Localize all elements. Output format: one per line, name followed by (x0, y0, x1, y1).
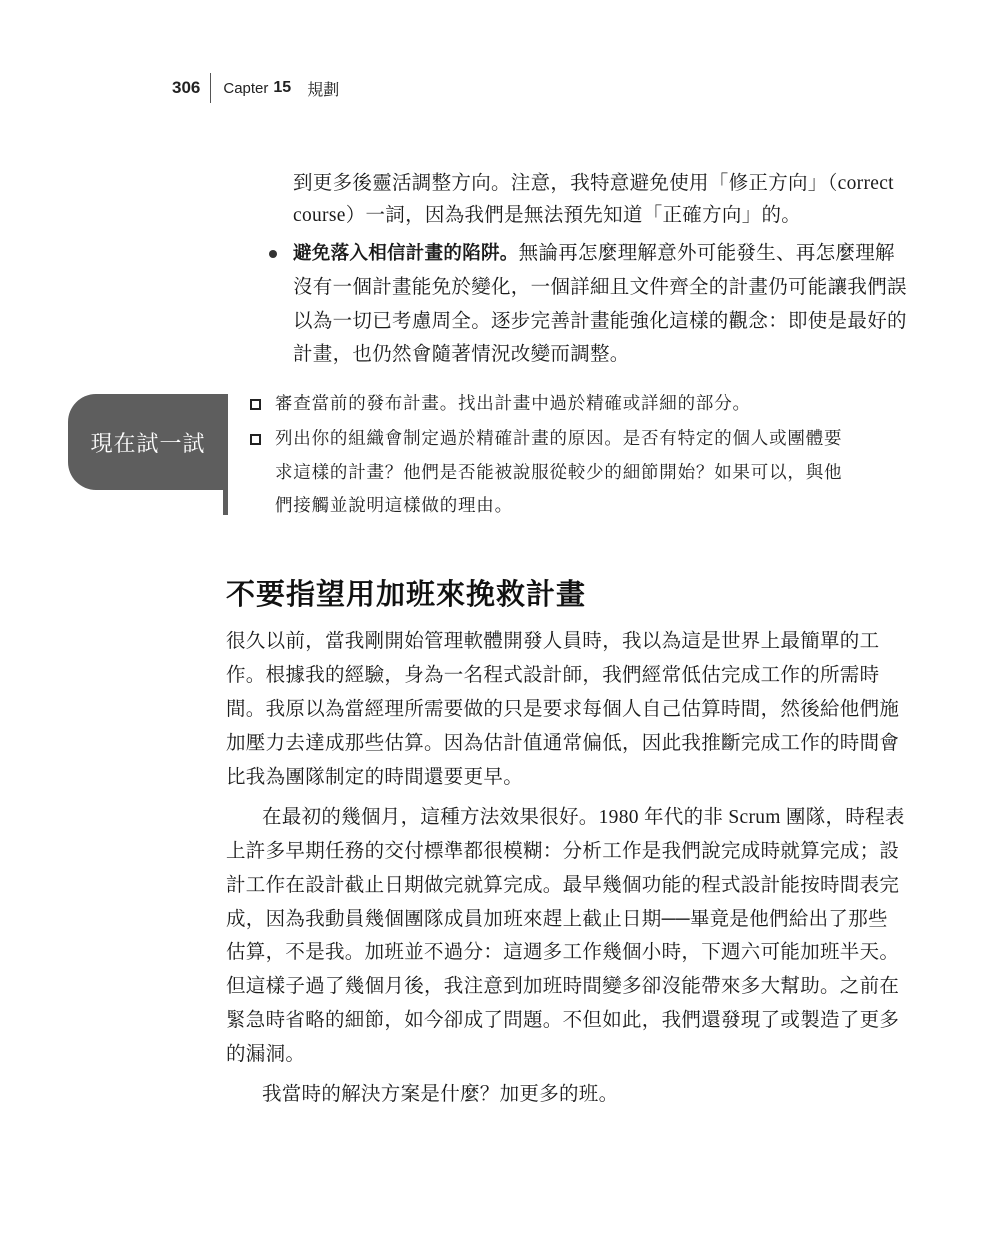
bullet-bold-lead: 避免落入相信計畫的陷阱。 (293, 243, 519, 264)
paragraph-line: 以為一切已考慮周全。逐步完善計畫能強化這樣的觀念：即使是最好的 (293, 312, 907, 332)
try-item-line: 們接觸並說明這樣做的理由。 (275, 496, 513, 516)
paragraph-line: 間。我原以為當經理所需要做的只是要求每個人自己估算時間，然後給他們施 (226, 700, 899, 720)
page-number: 306 (172, 78, 200, 98)
paragraph-line: 作。根據我的經驗，身為一名程式設計師，我們經常低估完成工作的所需時 (226, 666, 879, 686)
bullet-first-line: 避免落入相信計畫的陷阱。無論再怎麼理解意外可能發生、再怎麼理解 (293, 244, 895, 264)
bullet-first-line-rest: 無論再怎麼理解意外可能發生、再怎麼理解 (519, 243, 895, 264)
paragraph-line: 成，因為我動員幾個團隊成員加班來趕上截止日期──畢竟是他們給出了那些 (226, 910, 888, 930)
try-item-line: 審查當前的發布計畫。找出計畫中過於精確或詳細的部分。 (275, 394, 751, 414)
try-it-now-label: 現在試一試 (90, 427, 205, 458)
chapter-number: 15 (273, 79, 291, 97)
paragraph-line: 但這樣子過了幾個月後，我注意到加班時間變多卻沒能帶來多大幫助。之前在 (226, 977, 899, 997)
paragraph-line: 上許多早期任務的交付標準都很模糊：分析工作是我們說完成時就算完成；設 (226, 842, 899, 862)
paragraph-line: 很久以前，當我剛開始管理軟體開發人員時，我以為這是世界上最簡單的工 (226, 632, 879, 652)
section-heading: 不要指望用加班來挽救計畫 (226, 572, 586, 613)
paragraph-line: 計畫，也仍然會隨著情況改變而調整。 (293, 345, 630, 365)
paragraph-line: 緊急時省略的細節，如今卻成了問題。不但如此，我們還發現了或製造了更多 (226, 1011, 899, 1031)
try-it-now-callout: 現在試一試 (68, 394, 228, 490)
paragraph-line: 的漏洞。 (226, 1045, 305, 1065)
try-item-line: 列出你的組織會制定過於精確計畫的原因。是否有特定的個人或團體要 (275, 429, 842, 449)
checkbox-icon (250, 399, 261, 410)
try-item-line: 求這樣的計畫？他們是否能被說服從較少的細節開始？如果可以，與他 (275, 463, 842, 483)
callout-bar (223, 490, 228, 515)
paragraph-line: 在最初的幾個月，這種方法效果很好。1980 年代的非 Scrum 團隊，時程表 (262, 808, 905, 828)
paragraph-line: 計工作在設計截止日期做完就算完成。最早幾個功能的程式設計能按時間表完 (226, 876, 899, 896)
bullet-dot-icon (269, 250, 277, 258)
paragraph-line: 估算，不是我。加班並不過分：這週多工作幾個小時，下週六可能加班半天。 (226, 943, 899, 963)
chapter-label: Capter (223, 80, 268, 97)
paragraph-line: 加壓力去達成那些估算。因為估計值通常偏低，因此我推斷完成工作的時間會 (226, 734, 899, 754)
paragraph-line: 沒有一個計畫能免於變化，一個詳細且文件齊全的計畫仍可能讓我們誤 (293, 278, 907, 298)
checkbox-icon (250, 434, 261, 445)
paragraph-line: course）一詞，因為我們是無法預先知道「正確方向」的。 (293, 206, 801, 226)
running-header: 306 Capter 15 規劃 (172, 74, 339, 102)
paragraph-line: 比我為團隊制定的時間還要更早。 (226, 768, 523, 788)
header-divider (210, 73, 211, 103)
chapter-title: 規劃 (307, 77, 339, 100)
paragraph-line: 到更多後靈活調整方向。注意，我特意避免使用「修正方向」（correct (293, 174, 894, 194)
paragraph-line: 我當時的解決方案是什麼？加更多的班。 (262, 1085, 618, 1105)
